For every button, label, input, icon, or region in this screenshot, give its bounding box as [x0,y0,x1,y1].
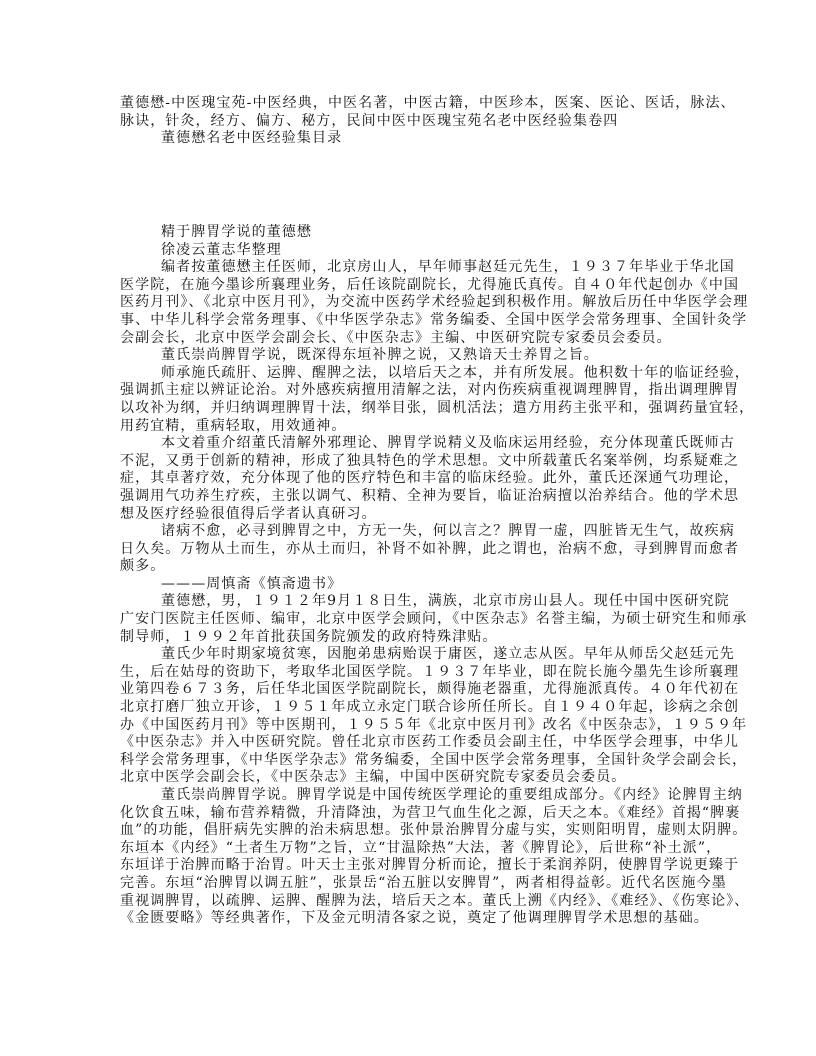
text-line: 日久矣。万物从土而生，亦从土而归，补肾不如补脾，此之谓也，治病不愈，寻到脾胃而愈… [120,541,726,559]
text-line: 想及医疗经验很值得后学者认真研习。 [120,506,726,524]
text-line: 制导师，１９９２年首批获国务院颁发的政府特殊津贴。 [120,629,726,647]
text-line: 科学会常务理事，《中华医学杂志》常务编委，全国中医学会常务理事，全国针灸学会副会… [120,752,726,770]
paragraph-editor-note: 编者按董德懋主任医师，北京房山人，早年师事赵廷元先生，１９３７年毕业于华北国 医… [120,259,726,347]
text-line: 编者按董德懋主任医师，北京房山人，早年师事赵廷元先生，１９３７年毕业于华北国 [120,259,726,277]
header-title-line: 董德懋-中医瑰宝苑-中医经典，中医名著，中医古籍，中医珍本，医案、医论、医话，脉… [120,95,726,113]
text-line: 不泥，又勇于创新的精神，形成了独具特色的学术思想。文中所载董氏名案举例，均系疑难… [120,453,726,471]
toc-title: 董德懋名老中医经验集目录 [120,130,726,148]
text-line: 完善。东垣“治脾胃以调五脏”，张景岳“治五脏以安脾胃”，两者相得益彰。近代名医施… [120,875,726,893]
text-line: 《中医杂志》并入中医研究院。曾任北京市医药工作委员会副主任，中华医学会理事，中华… [120,734,726,752]
text-line: 医学院，在施今墨诊所襄理业务，后任该院副院长，尤得施氏真传。自４０年代起创办《中… [120,277,726,295]
text-line: 董氏少年时期家境贫寒，因胞弟患病贻误于庸医，遂立志从医。早年从师岳父赵廷元先 [120,646,726,664]
text-line: 颇多。 [120,558,726,576]
text-line: 广安门医院主任医师、编审，北京中医学会顾问，《中医杂志》名誉主编，为硕士研究生和… [120,611,726,629]
text-line: 董氏崇尚脾胃学说。脾胃学说是中国传统医学理论的重要组成部分。《内经》论脾胃主纳 [120,787,726,805]
paragraph: 师承施氏疏肝、运脾、醒脾之法，以培后天之本，并有所发展。他积数十年的临证经验， … [120,365,726,435]
text-line: 用药宜精，重病轻取，用效通神。 [120,418,726,436]
text-line: 董氏崇尚脾胃学说，既深得东垣补脾之说，又熟谙天士养胃之旨。 [120,347,726,365]
text-line: 以攻补为纲，并归纳调理脾胃十法，纲举目张，圆机活法；遣方用药主张平和，强调药量宜… [120,400,726,418]
article: 精于脾胃学说的董德懋 徐凌云董志华整理 编者按董德懋主任医师，北京房山人，早年师… [120,224,726,928]
quote-attribution: ———周慎斋《慎斋遗书》 [120,576,726,594]
paragraph: 本文着重介绍董氏清解外邪理论、脾胃学说精义及临床运用经验，充分体现董氏既师古 不… [120,435,726,523]
paragraph: 董氏崇尚脾胃学说，既深得东垣补脾之说，又熟谙天士养胃之旨。 [120,347,726,365]
text-line: 会副会长，北京中医学会副会长、《中医杂志》主编、中医研究院专家委员会委员。 [120,330,726,348]
document-header: 董德懋-中医瑰宝苑-中医经典，中医名著，中医古籍，中医珍本，医案、医论、医话，脉… [120,95,726,148]
text-line: 强调抓主症以辨证论治。对外感疾病擅用清解之法，对内伤疾病重视调理脾胃，指出调理脾… [120,382,726,400]
text-line: 办《中国医药月刊》等中医期刊，１９５５年《北京中医月刊》改名《中医杂志》，１９５… [120,717,726,735]
text-line: 事、中华儿科学会常务理事、《中华医学杂志》常务编委、全国中医学会常务理事、全国针… [120,312,726,330]
text-line: 本文着重介绍董氏清解外邪理论、脾胃学说精义及临床运用经验，充分体现董氏既师古 [120,435,726,453]
text-line: 北京中医学会副会长，《中医杂志》主编，中国中医研究院专家委员会委员。 [120,769,726,787]
header-title-line: 脉诀，针灸，经方、偏方、秘方，民间中医中医瑰宝苑名老中医经验集卷四 [120,113,726,131]
text-line: 强调用气功养生疗疾，主张以调气、积精、全神为要旨，临证治病擅以治养结合。他的学术… [120,488,726,506]
text-line: 医药月刊》、《北京中医月刊》，为交流中医药学术经验起到积极作用。解放后历任中华医… [120,294,726,312]
document-page: 董德懋-中医瑰宝苑-中医经典，中医名著，中医古籍，中医珍本，医案、医论、医话，脉… [0,0,816,1056]
article-authors: 徐凌云董志华整理 [120,242,726,260]
text-line: 北京打磨厂独立开诊，１９５１年成立永定门联合诊所任所长。自１９４０年起，诊病之余… [120,699,726,717]
text-line: 东垣详于治脾而略于治胃。叶天士主张对脾胃分析而论，擅长于柔润养阴，使脾胃学说更臻… [120,857,726,875]
text-line: 诸病不愈，必寻到脾胃之中，方无一失，何以言之？脾胃一虚，四脏皆无生气，故疾病 [120,523,726,541]
text-line: 生，后在姑母的资助下，考取华北国医学院。１９３７年毕业，即在院长施今墨先生诊所襄… [120,664,726,682]
text-line: 化饮食五味，输布营养精微，升清降浊，为营卫气血生化之源，后天之本。《难经》首揭“… [120,805,726,823]
text-line: 东垣本《内经》“土者生万物”之旨，立“甘温除热”大法，著《脾胃论》，后世称“补土… [120,840,726,858]
paragraph: 董氏崇尚脾胃学说。脾胃学说是中国传统医学理论的重要组成部分。《内经》论脾胃主纳 … [120,787,726,928]
paragraph: 董氏少年时期家境贫寒，因胞弟患病贻误于庸医，遂立志从医。早年从师岳父赵廷元先 生… [120,646,726,787]
paragraph-biography: 董德懋，男，１９１２年9月１８日生，满族，北京市房山县人。现任中国中医研究院 广… [120,593,726,646]
text-line: 董德懋，男，１９１２年9月１８日生，满族，北京市房山县人。现任中国中医研究院 [120,593,726,611]
text-line: 业第四卷６７３务，后任华北国医学院副院长，颇得施老器重，尤得施派真传。４０年代初… [120,681,726,699]
text-line: 症，其卓著疗效，充分体现了他的医疗特色和丰富的临床经验。此外，董氏还深通气功理论… [120,470,726,488]
text-line: ———周慎斋《慎斋遗书》 [120,576,726,594]
text-line: 血”的功能，倡肝病先实脾的治未病思想。张仲景治脾胃分虚与实，实则阳明胃，虚则太阴… [120,822,726,840]
text-line: 《金匮要略》等经典著作，下及金元明清各家之说，奠定了他调理脾胃学术思想的基础。 [120,910,726,928]
article-title: 精于脾胃学说的董德懋 [120,224,726,242]
text-line: 重视调脾胃，以疏脾、运脾、醒脾为法，培后天之本。董氏上溯《内经》、《难经》、《伤… [120,893,726,911]
quote-paragraph: 诸病不愈，必寻到脾胃之中，方无一失，何以言之？脾胃一虚，四脏皆无生气，故疾病 日… [120,523,726,576]
text-line: 师承施氏疏肝、运脾、醒脾之法，以培后天之本，并有所发展。他积数十年的临证经验， [120,365,726,383]
